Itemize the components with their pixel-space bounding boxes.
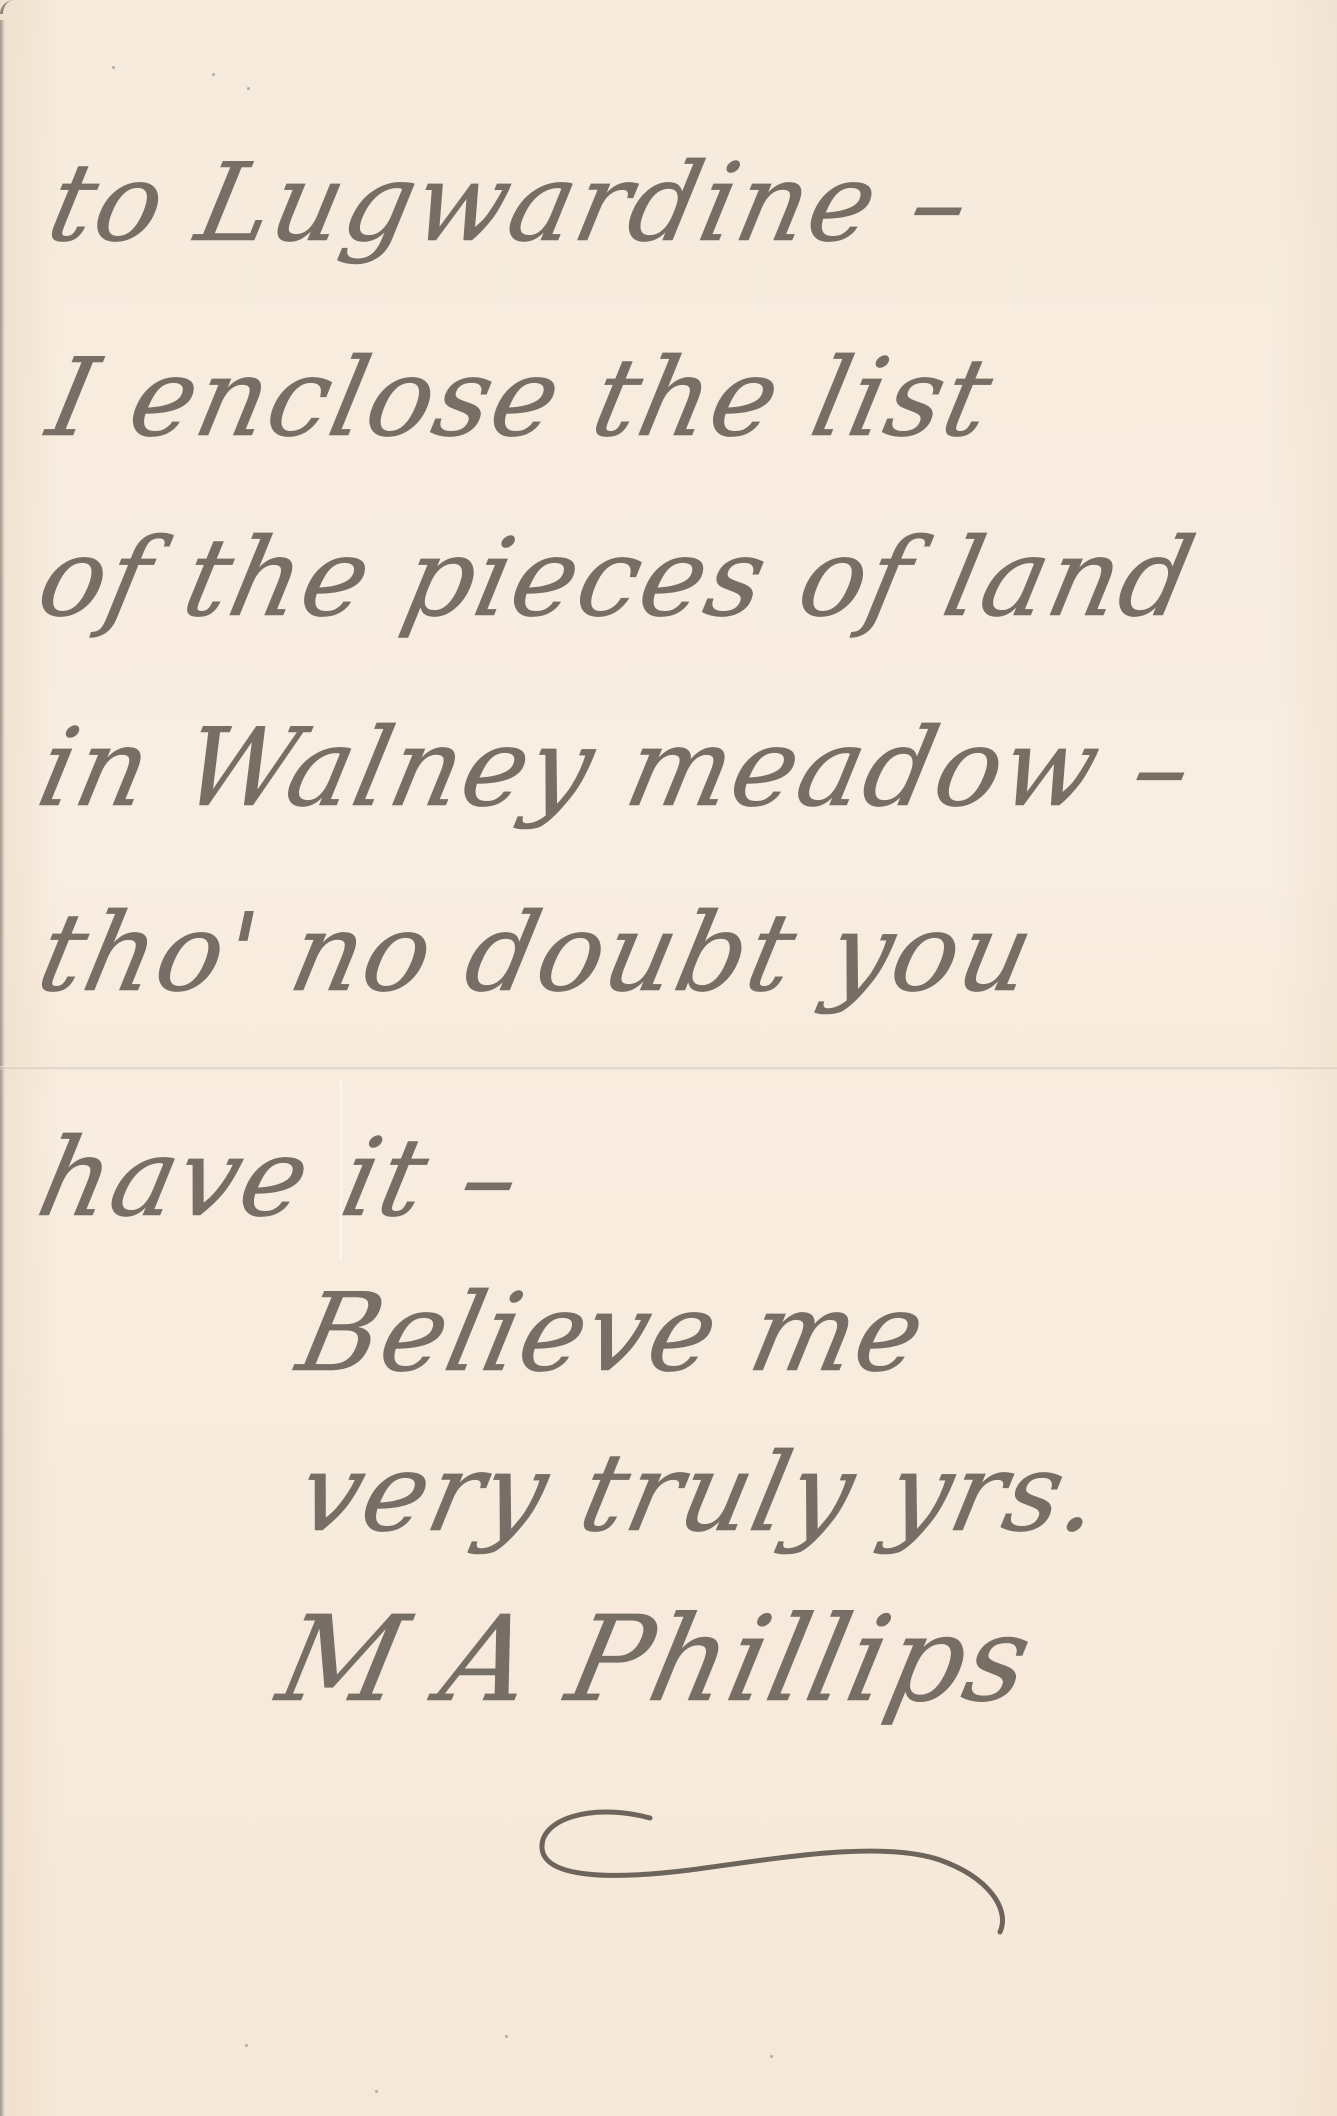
paper-speck: [112, 66, 115, 69]
paper-speck: [245, 2044, 248, 2047]
letter-line-6: have it –: [30, 1125, 530, 1233]
paper-speck: [375, 2090, 378, 2093]
closing-line-2: very truly yrs.: [290, 1440, 1112, 1548]
closing-line-1: Believe me: [290, 1280, 935, 1388]
letter-line-1: to Lugwardine –: [40, 150, 980, 258]
paper-speck: [247, 87, 250, 90]
letter-line-2: I enclose the list: [40, 345, 1002, 453]
paper-speck: [212, 73, 215, 76]
signature: M A Phillips: [270, 1600, 1043, 1718]
paper-speck: [505, 2035, 508, 2038]
letter-paper: [0, 0, 1337, 2116]
paper-speck: [770, 2055, 773, 2058]
letter-line-5: tho' no doubt you: [30, 900, 1044, 1008]
letter-line-3: of the pieces of land: [30, 525, 1204, 633]
fold-crease: [0, 1066, 1337, 1070]
flourish-icon: [520, 1800, 1040, 1940]
letter-line-4: in Walney meadow –: [30, 715, 1202, 823]
